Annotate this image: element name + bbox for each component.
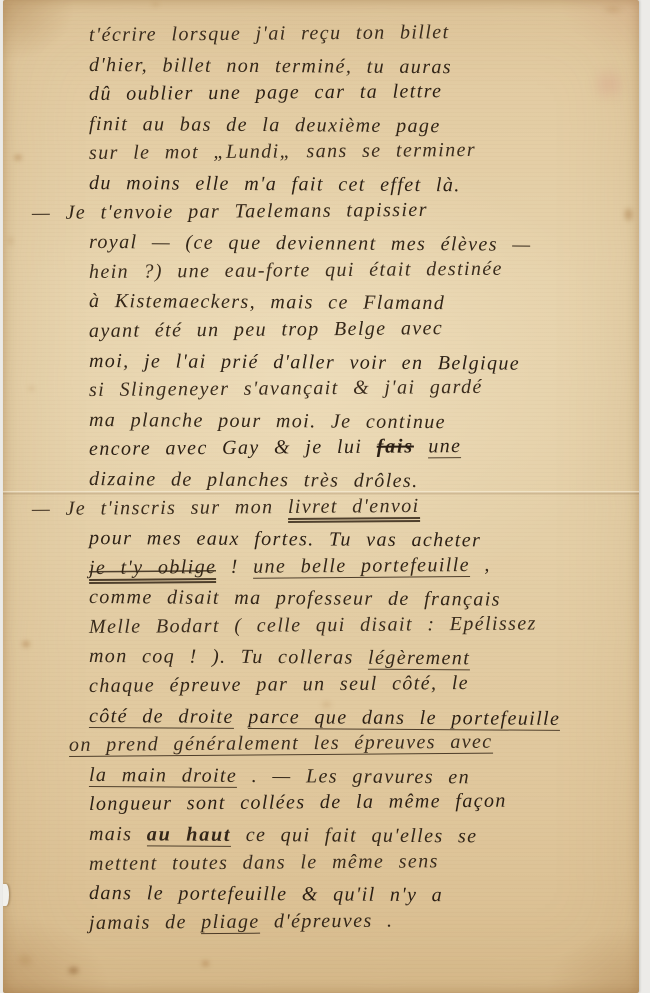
foxing-spot <box>11 948 39 972</box>
letter-line: Melle Bodart ( celle qui disait : Epélis… <box>89 609 633 643</box>
letter-segment: dû oublier une page car ta lettre <box>89 80 443 105</box>
letter-line: sur le mot „Lundi„ sans se terminer <box>89 135 633 169</box>
letter-segment: on prend généralement les épreuves avec <box>69 731 493 757</box>
letter-segment: d'épreuves . <box>260 909 394 932</box>
letter-segment: côté de droite <box>89 705 234 729</box>
letter-segment: jamais de <box>89 911 201 934</box>
letter-segment: du moins elle m'a fait cet effet là. <box>89 172 461 196</box>
letter-segment: — Je t'inscris sur mon <box>32 495 288 519</box>
paper-tear <box>3 884 9 906</box>
letter-segment: , <box>470 554 491 576</box>
letter-line: ayant été un peu trop Belge avec <box>89 313 633 347</box>
letter-segment: hein ?) une eau-forte qui était destinée <box>89 257 503 282</box>
letter-segment: ce qui fait qu'elles se <box>231 824 477 848</box>
letter-segment: mais <box>89 823 147 845</box>
foxing-spot <box>597 2 629 17</box>
letter-line: si Slingeneyer s'avançait & j'ai gardé <box>89 372 633 406</box>
foxing-spot <box>65 964 82 977</box>
letter-segment: finit au bas de la deuxième page <box>89 113 441 137</box>
letter-line: hein ?) une eau-forte qui était destinée <box>89 253 633 287</box>
letter-segment: . — Les gravures en <box>237 765 470 788</box>
foxing-spot <box>19 638 33 650</box>
letter-segment: encore avec Gay & je lui <box>89 436 377 460</box>
letter-segment: la main droite <box>89 764 237 788</box>
letter-line: on prend généralement les épreuves avec <box>69 727 633 761</box>
letter-segment: ! <box>216 555 253 577</box>
foxing-spot <box>11 152 25 163</box>
letter-segment: si Slingeneyer s'avançait & j'ai gardé <box>89 376 483 401</box>
letter-segment: pour mes eaux fortes. Tu vas acheter <box>89 527 481 551</box>
letter-segment: Melle Bodart ( celle qui disait : Epélis… <box>89 612 537 638</box>
letter-line: — Je t'inscris sur mon livret d'envoi <box>32 490 633 524</box>
foxing-spot <box>5 232 16 250</box>
letter-line: chaque épreuve par un seul côté, le <box>89 668 633 702</box>
letter-body: t'écrire lorsque j'ai reçu ton billetd'h… <box>89 21 633 938</box>
letter-segment: mettent toutes dans le même sens <box>89 850 439 875</box>
letter-segment: — Je t'envoie par Taelemans tapissier <box>32 198 428 223</box>
letter-segment: livret d'envoi <box>288 494 420 522</box>
letter-line: — Je t'envoie par Taelemans tapissier <box>32 194 633 228</box>
letter-line: jamais de pliage d'épreuves . <box>89 905 633 939</box>
letter-segment: pliage <box>201 910 260 933</box>
letter-line: je t'y oblige ! une belle portefeuille , <box>89 549 633 583</box>
letter-segment: moi, je l'ai prié d'aller voir en Belgiq… <box>89 350 520 375</box>
letter-segment: sur le mot „Lundi„ sans se terminer <box>89 139 476 164</box>
letter-segment: ma planche pour moi. Je continue <box>89 409 446 433</box>
letter-segment: royal — (ce que deviennent mes élèves — <box>89 231 532 256</box>
letter-line: encore avec Gay & je lui fais une <box>89 431 633 465</box>
letter-segment: t'écrire lorsque j'ai reçu ton billet <box>89 21 450 46</box>
letter-segment: légèrement <box>368 647 470 671</box>
letter-segment: fais <box>377 436 414 458</box>
letter-segment: ayant été un peu trop Belge avec <box>89 317 443 342</box>
letter-segment: mon coq ! ). Tu colleras <box>89 645 368 669</box>
letter-segment <box>414 436 429 458</box>
letter-page: t'écrire lorsque j'ai reçu ton billetd'h… <box>3 0 639 993</box>
letter-line: dû oublier une page car ta lettre <box>89 76 633 110</box>
letter-segment: je t'y oblige <box>89 556 217 584</box>
letter-line: mettent toutes dans le même sens <box>89 845 633 879</box>
foxing-spot <box>149 0 162 9</box>
letter-segment: comme disait ma professeur de français <box>89 586 501 611</box>
letter-segment: une <box>428 435 461 458</box>
letter-segment: d'hier, billet non terminé, tu auras <box>89 54 452 78</box>
letter-segment <box>234 706 249 728</box>
letter-line: t'écrire lorsque j'ai reçu ton billet <box>89 17 633 51</box>
foxing-spot <box>25 384 38 393</box>
foxing-spot <box>199 958 212 969</box>
letter-segment: dizaine de planches très drôles. <box>89 468 419 492</box>
letter-line: longueur sont collées de la même façon <box>89 786 633 820</box>
letter-segment: longueur sont collées de la même façon <box>89 790 507 815</box>
letter-segment: à Kistemaeckers, mais ce Flamand <box>89 290 445 314</box>
letter-segment: au haut <box>147 823 232 847</box>
letter-segment: une belle portefeuille <box>253 554 470 579</box>
letter-segment: dans le portefeuille & qu'il n'y a <box>89 882 443 906</box>
letter-segment: chaque épreuve par un seul côté, le <box>89 672 469 697</box>
